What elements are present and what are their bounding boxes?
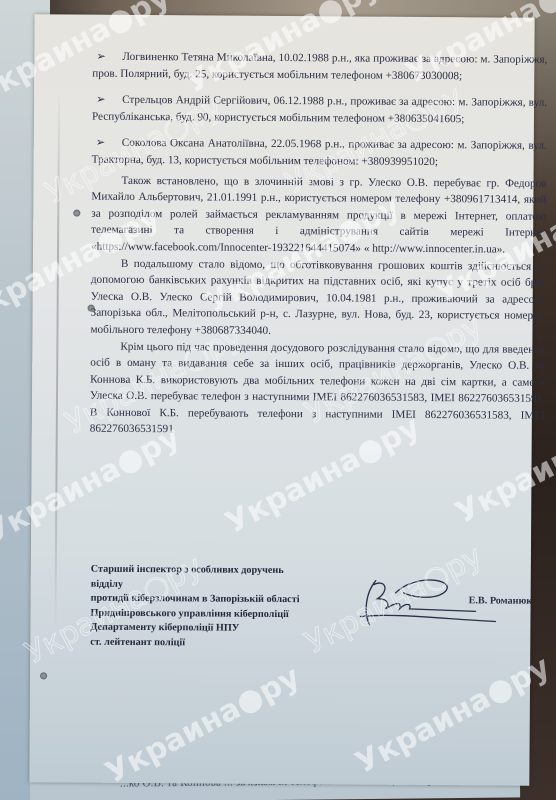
suspect-entry-text: Соколова Оксана Анатоліївна, 22.05.1968 …	[92, 137, 547, 168]
suspect-entry-text: Логвиненко Тетяна Миколаївна, 10.02.1988…	[92, 51, 547, 82]
arrow-bullet-icon: ➢	[92, 135, 122, 152]
document-body: ➢Логвиненко Тетяна Миколаївна, 10.02.198…	[90, 49, 548, 441]
suspect-entry: ➢Соколова Оксана Анатоліївна, 22.05.1968…	[92, 135, 547, 171]
suspect-entry: ➢Логвиненко Тетяна Миколаївна, 10.02.198…	[92, 49, 547, 85]
signatory-line: Старший інспектор з особливих доручень в…	[91, 563, 311, 594]
document-page: ➢Логвиненко Тетяна Миколаївна, 10.02.198…	[29, 14, 534, 785]
signatory-line: ст. лейтенант поліції	[90, 636, 310, 652]
signatory-name: Е.В. Романюк	[469, 595, 533, 606]
arrow-bullet-icon: ➢	[92, 92, 122, 109]
suspect-entry-text: Стрельцов Андрій Сергійович, 06.12.1988 …	[92, 94, 547, 125]
paragraph-imei: Крім цього під час проведення досудового…	[90, 338, 546, 441]
signatory-line: Департаменту кіберполіції НПУ	[90, 621, 310, 637]
signatory-line: протидії кіберзлочинам в Запорізькій обл…	[91, 592, 311, 608]
signatory-line: Придніпровського управління кіберполіції	[90, 606, 310, 622]
suspect-entry: ➢Стрельцов Андрій Сергійович, 06.12.1988…	[92, 92, 547, 128]
punch-hole	[40, 672, 47, 679]
arrow-bullet-icon: ➢	[92, 49, 122, 66]
paragraph-accomplice: Також встановлено, що в злочинній змові …	[91, 172, 547, 258]
paragraph-cash-out: В подальшому стало відомо, що обготівков…	[90, 255, 546, 341]
signatory-title: Старший інспектор з особливих доручень в…	[90, 563, 311, 652]
punch-hole	[73, 210, 80, 217]
